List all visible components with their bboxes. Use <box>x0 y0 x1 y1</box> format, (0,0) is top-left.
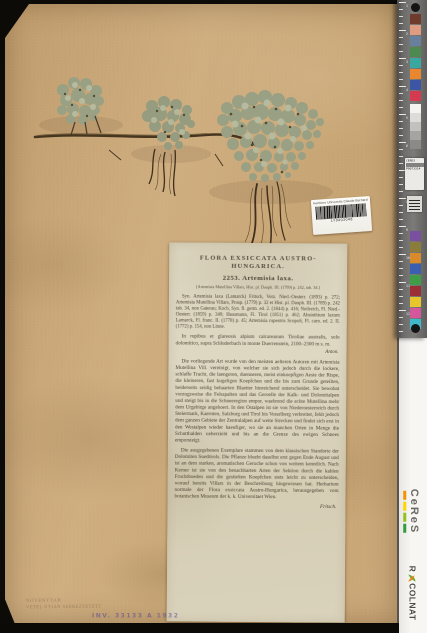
greyscale-steps <box>410 104 421 149</box>
swatch <box>404 501 407 510</box>
swatch <box>410 80 421 90</box>
label-synonymy: Syn. Artemisia laxa (Lamarck) Fritsch, V… <box>176 293 340 330</box>
exsiccata-label: FLORA EXSICCATA AUSTRO-HUNGARICA. 2253. … <box>167 242 348 622</box>
swatch <box>410 14 421 24</box>
swatch <box>410 25 421 35</box>
recolnat-suffix: COLNAT <box>407 583 417 620</box>
strip-tag: CERES P0073314 <box>405 158 424 190</box>
barcode-sticker: Herbiers Universite Claude Bernard Lyon … <box>311 196 372 235</box>
strip-tag-text: CERES P0073314 <box>406 159 424 171</box>
swatch <box>410 36 421 46</box>
strip-tag-line2: P0073314 <box>406 167 424 171</box>
ceres-logo-rotated: CeReS <box>404 488 421 533</box>
recolnat-logo: R COLNAT <box>397 560 427 626</box>
registration-dot-top <box>411 3 420 12</box>
swatch <box>410 253 421 263</box>
swatch <box>410 104 421 113</box>
label-discussion-1: Die vorliegende Art wurde von den meiste… <box>175 358 340 445</box>
swatch <box>410 140 421 149</box>
scanner-background-band <box>0 623 399 633</box>
herbarium-scan: FLORA EXSICCATA AUSTRO-HUNGARICA. 2253. … <box>0 0 427 633</box>
swatch <box>410 58 421 68</box>
label-text: FLORA EXSICCATA AUSTRO-HUNGARICA. 2253. … <box>174 248 341 621</box>
swatch <box>410 308 421 318</box>
swatch <box>410 131 421 140</box>
swatch <box>410 231 421 241</box>
strip-datamatrix <box>407 196 422 212</box>
swatch <box>410 47 421 57</box>
swatch <box>410 297 421 307</box>
label-series-title: FLORA EXSICCATA AUSTRO-HUNGARICA. <box>176 253 340 270</box>
swatch <box>410 91 421 101</box>
label-collector: Anton. <box>176 348 339 355</box>
swatch <box>410 122 421 131</box>
label-author-signature: Fritsch. <box>174 503 336 510</box>
recolnat-logo-rotated: R COLNAT <box>407 566 417 621</box>
institution-stamp-text: NOVENYTAR VETEL UTJAN SZEREZTETETT <box>26 596 286 610</box>
swatch <box>410 264 421 274</box>
ceres-wordmark: CeReS <box>409 488 421 533</box>
swatch <box>410 286 421 296</box>
swatch <box>410 242 421 252</box>
swatch <box>404 523 407 532</box>
recolnat-flower-icon <box>408 573 417 582</box>
swatch <box>404 490 407 499</box>
barcode-sticker-content: Herbiers Universite Claude Bernard Lyon … <box>313 198 370 233</box>
registration-dot-bottom <box>411 324 420 333</box>
swatch <box>404 512 407 521</box>
strip-tag-line1: CERES <box>406 159 424 163</box>
recolnat-prefix: R <box>407 566 417 573</box>
ceres-color-bars <box>404 490 407 532</box>
right-clump <box>217 90 324 252</box>
swatch <box>410 113 421 122</box>
swatch <box>410 69 421 79</box>
color-swatches-lower <box>410 231 421 329</box>
label-habitat: In rupibus et glareosis alpium calcarear… <box>176 333 340 347</box>
ceres-logo: CeReS <box>397 468 427 554</box>
color-calibration-strip: 123456789101112 CERES P0073314 <box>397 0 427 338</box>
label-subtitle: [Artemisia Mutellina Villars, Hist. pl. … <box>176 284 340 290</box>
label-number-species: 2253. Artemisia laxa. <box>176 273 340 282</box>
inventory-stamp-text: INV. 33133 A 1932 <box>92 612 312 619</box>
swatch <box>410 275 421 285</box>
color-swatches-upper <box>410 14 421 101</box>
label-discussion-2: Die ausgegebenen Exemplare stammen von d… <box>175 447 339 501</box>
